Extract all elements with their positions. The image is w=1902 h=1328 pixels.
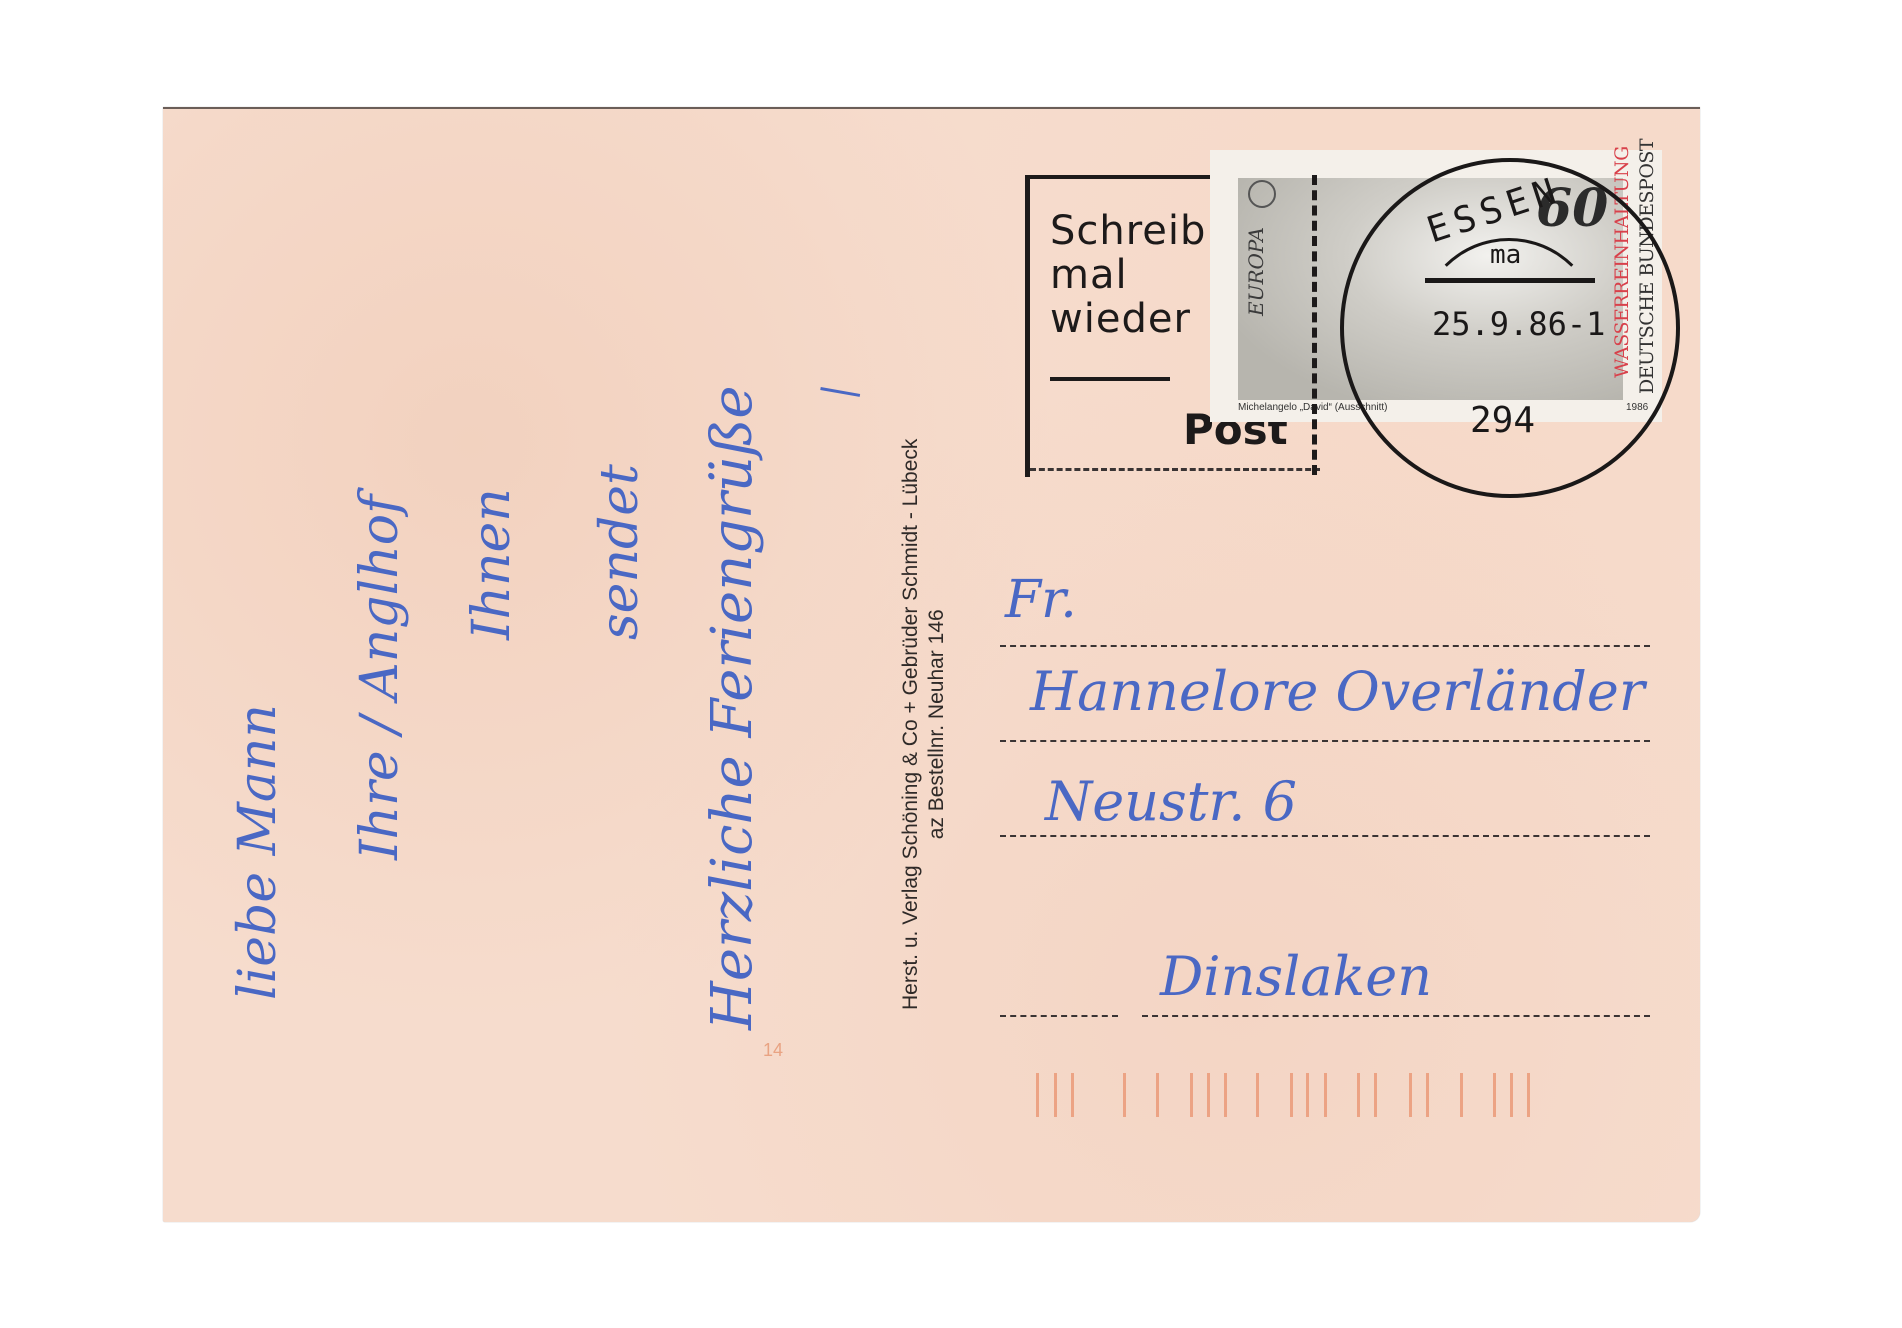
address-line-2 xyxy=(1000,740,1650,742)
code-bar xyxy=(1207,1073,1210,1117)
address-street: Neustr. 6 xyxy=(1045,770,1297,833)
address-salutation: Fr. xyxy=(1005,570,1077,630)
slogan-line-3: wieder xyxy=(1050,297,1206,341)
message-line-4: Ihre / Anglhof xyxy=(350,495,410,860)
publisher-imprint: Herst. u. Verlag Schöning & Co + Gebrüde… xyxy=(898,439,950,1010)
address-line-3 xyxy=(1000,835,1650,837)
code-bar xyxy=(1306,1073,1309,1117)
address-line-4b xyxy=(1142,1015,1650,1017)
code-bar xyxy=(1409,1073,1412,1117)
code-bar xyxy=(1036,1073,1039,1117)
code-bar xyxy=(1123,1073,1126,1117)
code-bar xyxy=(1426,1073,1429,1117)
slogan-right-rule xyxy=(1312,175,1317,475)
code-bar xyxy=(1374,1073,1377,1117)
address-city: Dinslaken xyxy=(1160,945,1432,1008)
code-bar xyxy=(1510,1073,1513,1117)
publisher-line-1: Herst. u. Verlag Schöning & Co + Gebrüde… xyxy=(898,439,924,1010)
postmark-code: ma xyxy=(1490,240,1521,270)
publisher-line-2: az Bestellnr. Neuhar 146 xyxy=(924,439,950,1010)
slogan-line-1: Schreib xyxy=(1050,209,1206,253)
code-bar xyxy=(1357,1073,1360,1117)
address-line-4a xyxy=(1000,1015,1118,1017)
code-bar xyxy=(1054,1073,1057,1117)
code-bar xyxy=(1156,1073,1159,1117)
code-bar xyxy=(1493,1073,1496,1117)
slogan-bottom-rule xyxy=(1030,468,1320,471)
message-line-2: sendet xyxy=(590,464,650,640)
code-bar xyxy=(1071,1073,1074,1117)
code-bar xyxy=(1290,1073,1293,1117)
print-number: 14 xyxy=(763,1040,783,1061)
code-bar xyxy=(1256,1073,1259,1117)
slogan-line-2: mal xyxy=(1050,253,1206,297)
message-line-1: Herzliche Feriengrüße xyxy=(700,386,765,1031)
code-bar xyxy=(1460,1073,1463,1117)
code-bar xyxy=(1224,1073,1227,1117)
code-bar xyxy=(1190,1073,1193,1117)
address-name: Hannelore Overländer xyxy=(1030,660,1645,723)
stamp-series: EUROPA xyxy=(1244,227,1268,316)
postmark-bar xyxy=(1425,278,1595,283)
postmark-postcode: 294 xyxy=(1470,400,1535,441)
postmark-date: 25.9.86-1 xyxy=(1432,305,1605,343)
code-bar xyxy=(1324,1073,1327,1117)
envelope-mark-icon xyxy=(1050,377,1170,381)
message-line-5: liebe Mann xyxy=(228,704,288,1000)
code-bar xyxy=(1527,1073,1530,1117)
address-line-1 xyxy=(1000,645,1650,647)
europa-cept-logo-icon xyxy=(1248,180,1276,208)
message-line-3: Ihnen xyxy=(462,488,522,640)
